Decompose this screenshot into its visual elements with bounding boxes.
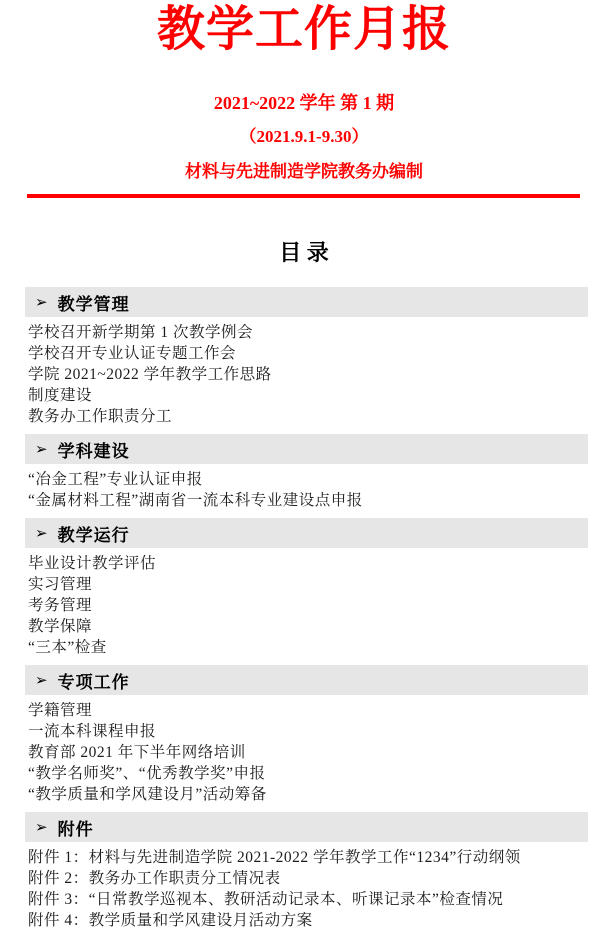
toc-item: 制度建设 — [28, 385, 588, 406]
toc-item: 附件 4：教学质量和学风建设月活动方案 — [28, 910, 588, 931]
toc-item: 毕业设计教学评估 — [28, 553, 588, 574]
toc-section: ➢ 教学管理 学校召开新学期第 1 次教学例会学校召开专业认证专题工作会学院 2… — [25, 287, 588, 427]
toc-section: ➢ 附件 附件 1：材料与先进制造学院 2021-2022 学年教学工作“123… — [25, 812, 588, 931]
toc-item: 学院 2021~2022 学年教学工作思路 — [28, 364, 588, 385]
section-items: 学校召开新学期第 1 次教学例会学校召开专业认证专题工作会学院 2021~202… — [25, 322, 588, 427]
arrowhead-marker-icon: ➢ — [35, 527, 48, 542]
section-items: 学籍管理一流本科课程申报教育部 2021 年下半年网络培训“教学名师奖”、“优秀… — [25, 700, 588, 805]
doc-title: 教学工作月报 — [0, 0, 608, 57]
arrowhead-marker-icon: ➢ — [35, 821, 48, 836]
section-items: “冶金工程”专业认证申报“金属材料工程”湖南省一流本科专业建设点申报 — [25, 469, 588, 511]
section-title: 教学运行 — [58, 521, 130, 546]
toc-section: ➢ 教学运行 毕业设计教学评估实习管理考务管理教学保障“三本”检查 — [25, 518, 588, 658]
issue-line: 2021~2022 学年 第 1 期 — [0, 93, 608, 113]
document-page: 教学工作月报 2021~2022 学年 第 1 期 （2021.9.1-9.30… — [0, 0, 608, 932]
section-header: ➢ 教学管理 — [25, 287, 588, 317]
section-title: 教学管理 — [58, 290, 130, 315]
arrowhead-marker-icon: ➢ — [35, 674, 48, 689]
section-header: ➢ 学科建设 — [25, 434, 588, 464]
section-header: ➢ 专项工作 — [25, 665, 588, 695]
toc-item: 学籍管理 — [28, 700, 588, 721]
section-items: 附件 1：材料与先进制造学院 2021-2022 学年教学工作“1234”行动纲… — [25, 847, 588, 931]
toc-sections: ➢ 教学管理 学校召开新学期第 1 次教学例会学校召开专业认证专题工作会学院 2… — [0, 287, 608, 931]
toc-item: 教学保障 — [28, 616, 588, 637]
toc-item: “冶金工程”专业认证申报 — [28, 469, 588, 490]
toc-item: 附件 1：材料与先进制造学院 2021-2022 学年教学工作“1234”行动纲… — [28, 847, 588, 868]
section-title: 学科建设 — [58, 437, 130, 462]
toc-item: 学校召开新学期第 1 次教学例会 — [28, 322, 588, 343]
toc-item: 附件 2：教务办工作职责分工情况表 — [28, 868, 588, 889]
toc-section: ➢ 学科建设 “冶金工程”专业认证申报“金属材料工程”湖南省一流本科专业建设点申… — [25, 434, 588, 511]
toc-item: 附件 3：“日常教学巡视本、教研活动记录本、听课记录本”检查情况 — [28, 889, 588, 910]
toc-title: 目 录 — [0, 240, 608, 265]
section-title: 附件 — [58, 815, 94, 840]
toc-item: 考务管理 — [28, 595, 588, 616]
toc-item: 一流本科课程申报 — [28, 721, 588, 742]
divider-rule — [27, 194, 580, 198]
section-items: 毕业设计教学评估实习管理考务管理教学保障“三本”检查 — [25, 553, 588, 658]
arrowhead-marker-icon: ➢ — [35, 296, 48, 311]
toc-item: “教学质量和学风建设月”活动筹备 — [28, 784, 588, 805]
toc-item: 教务办工作职责分工 — [28, 406, 588, 427]
toc-item: “三本”检查 — [28, 637, 588, 658]
section-title: 专项工作 — [58, 668, 130, 693]
compiler-line: 材料与先进制造学院教务办编制 — [0, 162, 608, 182]
toc-item: 学校召开专业认证专题工作会 — [28, 343, 588, 364]
date-range-line: （2021.9.1-9.30） — [0, 127, 608, 147]
toc-section: ➢ 专项工作 学籍管理一流本科课程申报教育部 2021 年下半年网络培训“教学名… — [25, 665, 588, 805]
section-header: ➢ 教学运行 — [25, 518, 588, 548]
toc-item: “金属材料工程”湖南省一流本科专业建设点申报 — [28, 490, 588, 511]
toc-item: 教育部 2021 年下半年网络培训 — [28, 742, 588, 763]
arrowhead-marker-icon: ➢ — [35, 443, 48, 458]
toc-item: 实习管理 — [28, 574, 588, 595]
section-header: ➢ 附件 — [25, 812, 588, 842]
toc-item: “教学名师奖”、“优秀教学奖”申报 — [28, 763, 588, 784]
